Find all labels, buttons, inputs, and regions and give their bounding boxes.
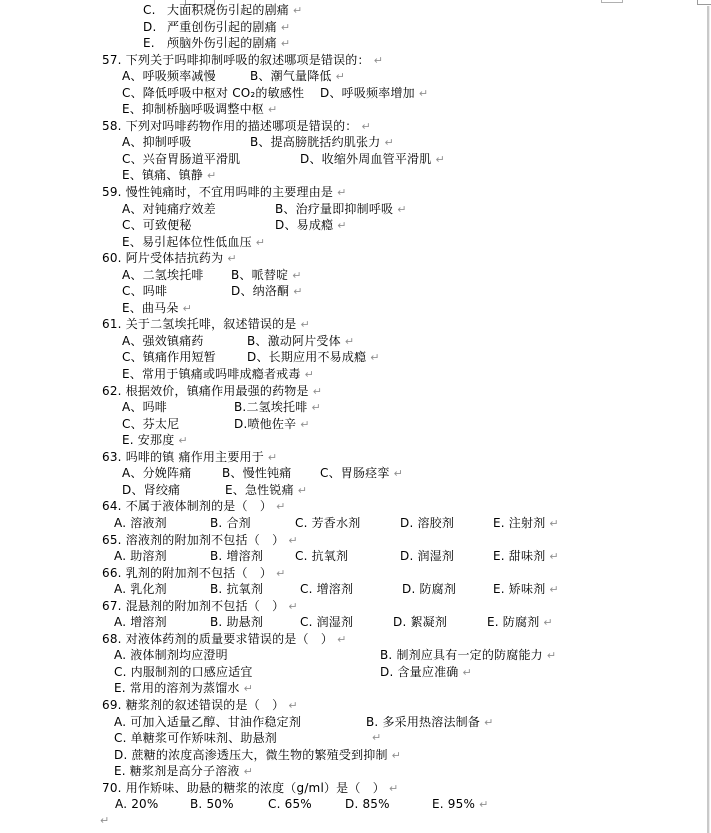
document-line[interactable]: D. 蔗糖的浓度高渗透压大，微生物的繁殖受到抑制↵ bbox=[0, 747, 711, 764]
paragraph-mark-icon: ↵ bbox=[183, 302, 192, 315]
text-segment: 70. 用作矫味、助悬的糖浆的浓度（g/ml）是（ ）↵ bbox=[102, 780, 398, 798]
text-segment: B、哌替啶↵ bbox=[231, 267, 301, 285]
text-segment: D. 絮凝剂 bbox=[393, 614, 447, 631]
text-segment: 严重创伤引起的剧痛↵ bbox=[167, 19, 290, 37]
text-segment: D、收缩外周血管平滑肌↵ bbox=[300, 151, 445, 169]
text-segment: C. 65% bbox=[268, 796, 312, 813]
document-line[interactable]: 59. 慢性钝痛时，不宜用吗啡的主要理由是↵ bbox=[0, 184, 711, 201]
text-segment: A. 20% bbox=[115, 796, 159, 813]
paragraph-mark-icon: ↵ bbox=[547, 649, 556, 662]
document-line[interactable]: C.大面积烧伤引起的剧痛↵ bbox=[0, 2, 711, 19]
text-segment: E、常用于镇痛或吗啡成瘾者戒毒↵ bbox=[122, 366, 314, 384]
text-segment: E. bbox=[143, 35, 155, 52]
text-segment: A、分娩阵痛 bbox=[122, 465, 191, 482]
paragraph-mark-icon: ↵ bbox=[389, 782, 398, 795]
paragraph-mark-icon: ↵ bbox=[281, 37, 290, 50]
text-segment: 57. 下列关于吗啡抑制呼吸的叙述哪项是错误的：↵ bbox=[102, 52, 383, 70]
document-line[interactable]: 58. 下列对吗啡药物作用的描述哪项是错误的：↵ bbox=[0, 118, 711, 135]
document-line[interactable]: 67. 混悬剂的附加剂不包括（ ）↵ bbox=[0, 598, 711, 615]
text-segment: D.喷他佐辛↵ bbox=[234, 416, 309, 434]
text-segment: C、可致便秘 bbox=[122, 217, 192, 234]
document-line[interactable]: E、常用于镇痛或吗啡成瘾者戒毒↵ bbox=[0, 366, 711, 383]
paragraph-mark-icon: ↵ bbox=[394, 467, 403, 480]
text-segment: 69. 糖浆剂的叙述错误的是（ ）↵ bbox=[102, 697, 298, 715]
paragraph-mark-icon: ↵ bbox=[372, 730, 381, 747]
paragraph-mark-icon: ↵ bbox=[100, 813, 109, 830]
text-segment: A、吗啡 bbox=[122, 399, 167, 416]
paragraph-mark-icon: ↵ bbox=[288, 699, 297, 712]
document-line[interactable]: 69. 糖浆剂的叙述错误的是（ ）↵ bbox=[0, 697, 711, 714]
text-segment: A. 溶液剂 bbox=[114, 515, 167, 532]
document-line[interactable]: A. 助溶剂B. 增溶剂C. 抗氧剂D. 润湿剂E. 甜味剂↵ bbox=[0, 548, 711, 565]
text-segment: 62. 根据效价，镇痛作用最强的药物是↵ bbox=[102, 383, 322, 401]
text-segment: A、二氢埃托啡 bbox=[122, 267, 204, 284]
text-segment: A、抑制呼吸 bbox=[122, 134, 191, 151]
text-segment: 63. 吗啡的镇 痛作用主要用于↵ bbox=[102, 449, 277, 467]
text-segment: A. 液体制剂均应澄明 bbox=[114, 647, 228, 664]
paragraph-mark-icon: ↵ bbox=[345, 335, 354, 348]
text-segment: 65. 溶液剂的附加剂不包括（ ）↵ bbox=[102, 532, 298, 550]
text-segment: C. 单糖浆可作矫味剂、助悬剂 bbox=[114, 730, 277, 747]
text-segment: E. 防腐剂↵ bbox=[487, 614, 553, 632]
paragraph-mark-icon: ↵ bbox=[313, 385, 322, 398]
text-segment: E、曲马朵↵ bbox=[122, 300, 192, 318]
text-segment: E、急性锐痛↵ bbox=[225, 482, 307, 500]
paragraph-mark-icon: ↵ bbox=[370, 351, 379, 364]
paragraph-mark-icon: ↵ bbox=[462, 666, 471, 679]
paragraph-mark-icon: ↵ bbox=[549, 517, 558, 530]
text-segment: 68. 对液体药剂的质量要求错误的是（ ）↵ bbox=[102, 631, 346, 649]
text-segment: E. 常用的溶剂为蒸馏水↵ bbox=[114, 680, 253, 698]
text-segment: A、强效镇痛药 bbox=[122, 333, 204, 350]
document-line[interactable]: D、肾绞痛E、急性锐痛↵ bbox=[0, 482, 711, 499]
document-line[interactable]: A、对钝痛疗效差B、治疗量即抑制呼吸↵ bbox=[0, 201, 711, 218]
paragraph-mark-icon: ↵ bbox=[292, 269, 301, 282]
text-segment: D. 防腐剂 bbox=[402, 581, 456, 598]
text-segment: 60. 阿片受体拮抗药为↵ bbox=[102, 250, 237, 268]
text-segment: E. 95%↵ bbox=[432, 796, 488, 814]
document-line[interactable]: E.颅脑外伤引起的剧痛↵ bbox=[0, 35, 711, 52]
document-line[interactable]: A、抑制呼吸B、提高膀胱括约肌张力↵ bbox=[0, 134, 711, 151]
text-segment: 颅脑外伤引起的剧痛↵ bbox=[167, 35, 290, 53]
paragraph-mark-icon: ↵ bbox=[268, 451, 277, 464]
paragraph-mark-icon: ↵ bbox=[337, 633, 346, 646]
text-segment: C、吗啡 bbox=[122, 283, 167, 300]
text-segment: B、慢性钝痛 bbox=[222, 465, 291, 482]
paragraph-mark-icon: ↵ bbox=[419, 87, 428, 100]
document-line[interactable]: 60. 阿片受体拮抗药为↵ bbox=[0, 250, 711, 267]
text-segment: E、抑制桥脑呼吸调整中枢↵ bbox=[122, 101, 277, 119]
text-segment: C、兴奋胃肠道平滑肌 bbox=[122, 151, 240, 168]
document-line[interactable]: 64. 不属于液体制剂的是（ ）↵ bbox=[0, 498, 711, 515]
document-line[interactable]: A、吗啡B.二氢埃托啡↵ bbox=[0, 399, 711, 416]
document-canvas[interactable]: C.大面积烧伤引起的剧痛↵D.严重创伤引起的剧痛↵E.颅脑外伤引起的剧痛↵57.… bbox=[0, 0, 711, 833]
paragraph-mark-icon: ↵ bbox=[227, 252, 236, 265]
document-line[interactable]: A、分娩阵痛B、慢性钝痛C、胃肠痉挛↵ bbox=[0, 465, 711, 482]
text-segment: 67. 混悬剂的附加剂不包括（ ）↵ bbox=[102, 598, 298, 616]
text-segment: B.二氢埃托啡↵ bbox=[234, 399, 321, 417]
paragraph-mark-icon: ↵ bbox=[549, 550, 558, 563]
text-segment: C、降低呼吸中枢对 CO₂的敏感性 bbox=[122, 85, 304, 102]
text-segment: D. 85% bbox=[345, 796, 390, 813]
paragraph-mark-icon: ↵ bbox=[244, 682, 253, 695]
document-line[interactable]: 66. 乳剂的附加剂不包括（ ）↵ bbox=[0, 565, 711, 582]
text-segment: A. 增溶剂 bbox=[114, 614, 167, 631]
text-segment: E. 安那度↵ bbox=[122, 432, 188, 450]
document-line[interactable]: C. 内服制剂的口感应适宜D. 含量应准确↵ bbox=[0, 664, 711, 681]
text-segment: A. 助溶剂 bbox=[114, 548, 167, 565]
document-line[interactable]: A、二氢埃托啡B、哌替啶↵ bbox=[0, 267, 711, 284]
document-line[interactable]: 62. 根据效价，镇痛作用最强的药物是↵ bbox=[0, 383, 711, 400]
document-line[interactable]: E、曲马朵↵ bbox=[0, 300, 711, 317]
document-line[interactable]: 57. 下列关于吗啡抑制呼吸的叙述哪项是错误的：↵ bbox=[0, 52, 711, 69]
paragraph-mark-icon: ↵ bbox=[435, 153, 444, 166]
document-line[interactable]: A. 20%B. 50%C. 65%D. 85%E. 95%↵ bbox=[0, 796, 711, 813]
text-segment: A、呼吸频率减慢 bbox=[122, 68, 216, 85]
document-line[interactable]: E、抑制桥脑呼吸调整中枢↵ bbox=[0, 101, 711, 118]
text-segment: B. 合剂 bbox=[210, 515, 251, 532]
paragraph-mark-icon: ↵ bbox=[288, 534, 297, 547]
document-line[interactable]: A. 溶液剂B. 合剂C. 芳香水剂D. 溶胶剂E. 注射剂↵ bbox=[0, 515, 711, 532]
text-segment: B. 增溶剂 bbox=[210, 548, 263, 565]
text-segment: D、呼吸频率增加↵ bbox=[320, 85, 428, 103]
document-line[interactable]: E、镇痛、镇静↵ bbox=[0, 167, 711, 184]
text-segment: B、潮气量降低↵ bbox=[250, 68, 345, 86]
paragraph-mark-icon: ↵ bbox=[288, 600, 297, 613]
text-segment: E. 矫味剂↵ bbox=[493, 581, 559, 599]
document-line[interactable]: A. 乳化剂B. 抗氧剂C. 增溶剂D. 防腐剂E. 矫味剂↵ bbox=[0, 581, 711, 598]
paragraph-mark-icon: ↵ bbox=[362, 120, 371, 133]
text-segment: A. 可加入适量乙醇、甘油作稳定剂 bbox=[114, 714, 301, 731]
document-line[interactable]: C、兴奋胃肠道平滑肌D、收缩外周血管平滑肌↵ bbox=[0, 151, 711, 168]
text-segment: C. 抗氧剂 bbox=[295, 548, 348, 565]
text-segment: D. 含量应准确↵ bbox=[380, 664, 472, 682]
text-segment: E. 注射剂↵ bbox=[493, 515, 559, 533]
paragraph-mark-icon: ↵ bbox=[276, 500, 285, 513]
text-segment: E. 甜味剂↵ bbox=[493, 548, 559, 566]
text-segment: D. 溶胶剂 bbox=[400, 515, 454, 532]
paragraph-mark-icon: ↵ bbox=[300, 418, 309, 431]
document-line[interactable]: 61. 关于二氢埃托啡，叙述错误的是↵ bbox=[0, 316, 711, 333]
document-line[interactable]: C、降低呼吸中枢对 CO₂的敏感性D、呼吸频率增加↵ bbox=[0, 85, 711, 102]
paragraph-mark-icon: ↵ bbox=[207, 169, 216, 182]
text-segment: C. 增溶剂 bbox=[300, 581, 353, 598]
paragraph-mark-icon: ↵ bbox=[337, 186, 346, 199]
paragraph-mark-icon: ↵ bbox=[293, 285, 302, 298]
document-line[interactable]: A、呼吸频率减慢B、潮气量降低↵ bbox=[0, 68, 711, 85]
paragraph-mark-icon: ↵ bbox=[256, 236, 265, 249]
text-segment: D、易成瘾↵ bbox=[275, 217, 346, 235]
paragraph-mark-icon: ↵ bbox=[374, 54, 383, 67]
text-segment: 59. 慢性钝痛时，不宜用吗啡的主要理由是↵ bbox=[102, 184, 346, 202]
text-segment: D. 蔗糖的浓度高渗透压大，微生物的繁殖受到抑制↵ bbox=[114, 747, 401, 765]
text-segment: C、芬太尼 bbox=[122, 416, 179, 433]
document-line[interactable]: A. 可加入适量乙醇、甘油作稳定剂B. 多采用热溶法制备↵ bbox=[0, 714, 711, 731]
text-segment: C. 芳香水剂 bbox=[295, 515, 360, 532]
paragraph-mark-icon: ↵ bbox=[392, 749, 401, 762]
text-segment: D、长期应用不易成瘾↵ bbox=[247, 349, 379, 367]
paragraph-mark-icon: ↵ bbox=[281, 21, 290, 34]
text-segment: C、镇痛作用短暂 bbox=[122, 349, 216, 366]
text-segment: B. 50% bbox=[190, 796, 234, 813]
document-line[interactable]: A、强效镇痛药B、激动阿片受体↵ bbox=[0, 333, 711, 350]
text-segment: B、治疗量即抑制呼吸↵ bbox=[275, 201, 406, 219]
document-line[interactable]: 63. 吗啡的镇 痛作用主要用于↵ bbox=[0, 449, 711, 466]
text-segment: B、激动阿片受体↵ bbox=[247, 333, 354, 351]
text-segment: C. 润湿剂 bbox=[300, 614, 353, 631]
paragraph-mark-icon: ↵ bbox=[301, 318, 310, 331]
paragraph-mark-icon: ↵ bbox=[479, 798, 488, 811]
text-segment: C、胃肠痉挛↵ bbox=[320, 465, 403, 483]
text-segment: 64. 不属于液体制剂的是（ ）↵ bbox=[102, 498, 285, 516]
document-line[interactable]: C、可致便秘D、易成瘾↵ bbox=[0, 217, 711, 234]
document-line[interactable]: E. 安那度↵ bbox=[0, 432, 711, 449]
text-segment: E、易引起体位性低血压↵ bbox=[122, 234, 265, 252]
document-line[interactable]: C. 单糖浆可作矫味剂、助悬剂↵ bbox=[0, 730, 711, 747]
text-segment: D. 润湿剂 bbox=[400, 548, 454, 565]
paragraph-mark-icon: ↵ bbox=[337, 219, 346, 232]
text-segment: B. 多采用热溶法制备↵ bbox=[366, 714, 493, 732]
text-segment: 大面积烧伤引起的剧痛↵ bbox=[167, 2, 302, 20]
paragraph-mark-icon: ↵ bbox=[293, 4, 302, 17]
paragraph-mark-icon: ↵ bbox=[336, 70, 345, 83]
document-line[interactable]: E、易引起体位性低血压↵ bbox=[0, 234, 711, 251]
text-segment: B. 制剂应具有一定的防腐能力↵ bbox=[380, 647, 556, 665]
document-line[interactable]: ↵ bbox=[0, 813, 711, 830]
text-segment: A. 乳化剂 bbox=[114, 581, 167, 598]
text-segment: 58. 下列对吗啡药物作用的描述哪项是错误的：↵ bbox=[102, 118, 371, 136]
text-segment: B. 助悬剂 bbox=[210, 614, 263, 631]
text-segment: C. bbox=[143, 2, 156, 19]
paragraph-mark-icon: ↵ bbox=[268, 103, 277, 116]
document-line[interactable]: E. 糖浆剂是高分子溶液↵ bbox=[0, 763, 711, 780]
paragraph-mark-icon: ↵ bbox=[178, 434, 187, 447]
paragraph-mark-icon: ↵ bbox=[549, 583, 558, 596]
text-segment: B. 抗氧剂 bbox=[210, 581, 263, 598]
paragraph-mark-icon: ↵ bbox=[244, 765, 253, 778]
document-line[interactable]: C、镇痛作用短暂D、长期应用不易成瘾↵ bbox=[0, 349, 711, 366]
document-line[interactable]: D.严重创伤引起的剧痛↵ bbox=[0, 19, 711, 36]
text-segment: D、纳洛酮↵ bbox=[231, 283, 302, 301]
document-line[interactable]: A. 增溶剂B. 助悬剂C. 润湿剂D. 絮凝剂E. 防腐剂↵ bbox=[0, 614, 711, 631]
document-line[interactable]: 65. 溶液剂的附加剂不包括（ ）↵ bbox=[0, 532, 711, 549]
text-segment: 61. 关于二氢埃托啡，叙述错误的是↵ bbox=[102, 316, 310, 334]
document-line[interactable]: C、吗啡D、纳洛酮↵ bbox=[0, 283, 711, 300]
paragraph-mark-icon: ↵ bbox=[384, 136, 393, 149]
text-segment: 66. 乳剂的附加剂不包括（ ）↵ bbox=[102, 565, 285, 583]
paragraph-mark-icon: ↵ bbox=[397, 203, 406, 216]
text-segment: B、提高膀胱括约肌张力↵ bbox=[250, 134, 394, 152]
document-line[interactable]: 70. 用作矫味、助悬的糖浆的浓度（g/ml）是（ ）↵ bbox=[0, 780, 711, 797]
text-segment: E、镇痛、镇静↵ bbox=[122, 167, 216, 185]
paragraph-mark-icon: ↵ bbox=[484, 716, 493, 729]
paragraph-mark-icon: ↵ bbox=[276, 567, 285, 580]
text-segment: E. 糖浆剂是高分子溶液↵ bbox=[114, 763, 253, 781]
paragraph-mark-icon: ↵ bbox=[311, 401, 320, 414]
text-segment: D. bbox=[143, 19, 156, 36]
document-line[interactable]: E. 常用的溶剂为蒸馏水↵ bbox=[0, 680, 711, 697]
text-segment: A、对钝痛疗效差 bbox=[122, 201, 216, 218]
text-segment: D、肾绞痛 bbox=[122, 482, 180, 499]
paragraph-mark-icon: ↵ bbox=[298, 484, 307, 497]
text-segment: C. 内服制剂的口感应适宜 bbox=[114, 664, 253, 681]
paragraph-mark-icon: ↵ bbox=[543, 616, 552, 629]
document-line[interactable]: A. 液体制剂均应澄明B. 制剂应具有一定的防腐能力↵ bbox=[0, 647, 711, 664]
document-line[interactable]: C、芬太尼D.喷他佐辛↵ bbox=[0, 416, 711, 433]
paragraph-mark-icon: ↵ bbox=[305, 368, 314, 381]
document-line[interactable]: 68. 对液体药剂的质量要求错误的是（ ）↵ bbox=[0, 631, 711, 648]
